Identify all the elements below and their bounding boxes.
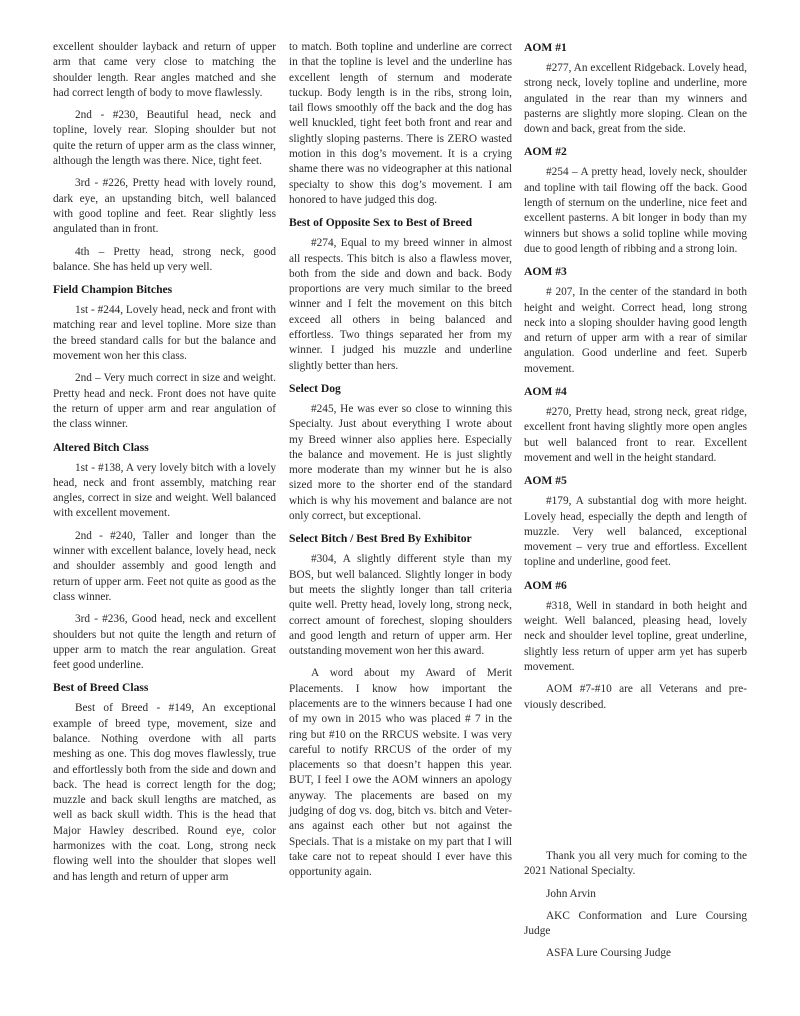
heading-select-dog: Select Dog: [289, 381, 512, 396]
signoff-block: Thank you all very much for coming to th…: [524, 849, 747, 969]
paragraph-altered-1st: 1st - #138, A very lovely bitch with a l…: [53, 461, 276, 522]
heading-select-bitch: Select Bitch / Best Bred By Exhibitor: [289, 531, 512, 546]
heading-aom-2: AOM #2: [524, 144, 747, 159]
paragraph-award-of-merit-note: A word about my Award of Merit Placement…: [289, 666, 512, 880]
paragraph-aom-5: #179, A substantial dog with more height…: [524, 494, 747, 570]
paragraph-best-of-breed-continued: to match. Both topline and underline are…: [289, 40, 512, 208]
paragraph-aom-7-10: AOM #7-#10 are all Veterans and pre­viou…: [524, 682, 747, 713]
author-title-asfa: ASFA Lure Coursing Judge: [524, 946, 747, 961]
paragraph-3rd-226: 3rd - #226, Pretty head with lovely roun…: [53, 176, 276, 237]
heading-aom-6: AOM #6: [524, 578, 747, 593]
paragraph-aom-2: #254 – A pretty head, lovely neck, shoul…: [524, 165, 747, 257]
column-left: excellent shoulder layback and return of…: [53, 40, 276, 892]
paragraph-select-bitch: #304, A slightly different style than my…: [289, 552, 512, 659]
heading-aom-5: AOM #5: [524, 473, 747, 488]
column-right: AOM #1 #277, An excellent Ridgeback. Lov…: [524, 40, 747, 720]
author-name: John Arvin: [524, 887, 747, 902]
thank-you-note: Thank you all very much for coming to th…: [524, 849, 747, 880]
paragraph-aom-1: #277, An excellent Ridgeback. Love­ly he…: [524, 61, 747, 137]
paragraph-altered-3rd: 3rd - #236, Good head, neck and ex­celle…: [53, 612, 276, 673]
paragraph-2nd-230: 2nd - #230, Beautiful head, neck and top…: [53, 108, 276, 169]
paragraph-fc-2nd: 2nd – Very much correct in size and weig…: [53, 371, 276, 432]
heading-aom-4: AOM #4: [524, 384, 747, 399]
heading-field-champion-bitches: Field Champion Bitches: [53, 282, 276, 297]
paragraph-fc-1st: 1st - #244, Lovely head, neck and front …: [53, 303, 276, 364]
paragraph-altered-2nd: 2nd - #240, Taller and longer than the w…: [53, 529, 276, 605]
paragraph-4th: 4th – Pretty head, strong neck, good bal…: [53, 245, 276, 276]
document-page: excellent shoulder layback and return of…: [53, 40, 765, 1000]
heading-best-of-breed-class: Best of Breed Class: [53, 680, 276, 695]
column-middle: to match. Both topline and underline are…: [289, 40, 512, 888]
heading-aom-3: AOM #3: [524, 264, 747, 279]
paragraph-best-of-opposite-sex: #274, Equal to my breed winner in al­mos…: [289, 236, 512, 374]
paragraph-aom-6: #318, Well in standard in both height an…: [524, 599, 747, 675]
author-title-akc: AKC Conformation and Lure Cours­ing Judg…: [524, 909, 747, 940]
paragraph-continued-intro: excellent shoulder layback and return of…: [53, 40, 276, 101]
heading-altered-bitch-class: Altered Bitch Class: [53, 440, 276, 455]
paragraph-aom-4: #270, Pretty head, strong neck, great ri…: [524, 405, 747, 466]
paragraph-select-dog: #245, He was ever so close to winning th…: [289, 402, 512, 524]
heading-aom-1: AOM #1: [524, 40, 747, 55]
paragraph-aom-3: # 207, In the center of the standard in …: [524, 285, 747, 377]
paragraph-best-of-breed: Best of Breed - #149, An exceptional exa…: [53, 701, 276, 885]
heading-best-of-opposite-sex: Best of Opposite Sex to Best of Breed: [289, 215, 512, 230]
